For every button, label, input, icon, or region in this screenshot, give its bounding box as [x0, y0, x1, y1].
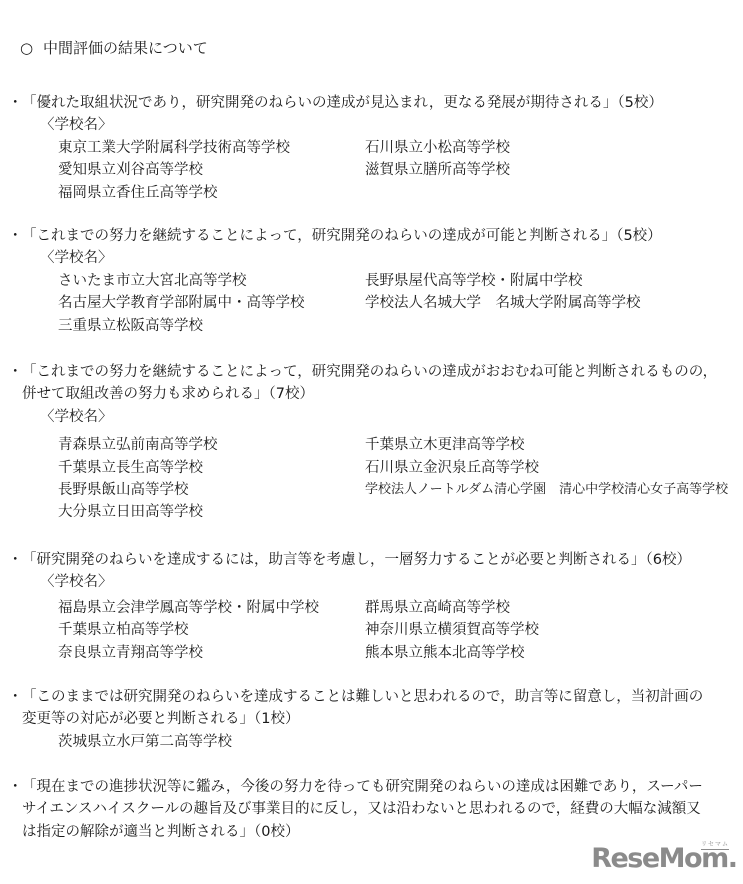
- school-name: 愛知県立刈谷高等学校: [58, 159, 365, 181]
- school-name: 神奈川県立横須賀高等学校: [365, 619, 539, 641]
- section-heading-text: 「このままでは研究開発のねらいを達成することは難しいと思われるので，助言等に留意…: [22, 689, 703, 705]
- school-name: 熊本県立熊本北高等学校: [365, 642, 525, 664]
- school-name: 三重県立松阪高等学校: [58, 315, 365, 337]
- document-page: ○ 中間評価の結果について ・「優れた取組状況であり，研究開発のねらいの達成が見…: [0, 0, 743, 884]
- bullet-dot: ・: [8, 686, 22, 708]
- school-names-label: 〈学校名〉: [40, 247, 743, 269]
- school-name: 福島県立会津学鳳高等学校・附属中学校: [58, 597, 365, 619]
- school-name: 茨城県立水戸第二高等学校: [58, 731, 743, 753]
- school-name: 石川県立金沢泉丘高等学校: [365, 457, 539, 479]
- evaluation-section-5: ・「このままでは研究開発のねらいを達成することは難しいと思われるので，助言等に留…: [0, 686, 743, 753]
- school-row: 福島県立会津学鳳高等学校・附属中学校 群馬県立高崎高等学校: [58, 597, 743, 619]
- section-heading-continued: 変更等の対応が必要と判断される」（1校）: [22, 708, 743, 730]
- school-name: 青森県立弘前南高等学校: [58, 434, 365, 456]
- school-name: 千葉県立木更津高等学校: [365, 434, 525, 456]
- school-rows: 東京工業大学附属科学技術高等学校 石川県立小松高等学校 愛知県立刈谷高等学校 滋…: [0, 137, 743, 204]
- school-name: 群馬県立高崎高等学校: [365, 597, 510, 619]
- school-name: 千葉県立長生高等学校: [58, 457, 365, 479]
- bullet-dot: ・: [8, 776, 22, 798]
- school-rows: 青森県立弘前南高等学校 千葉県立木更津高等学校 千葉県立長生高等学校 石川県立金…: [0, 434, 743, 524]
- section-heading: ・「このままでは研究開発のねらいを達成することは難しいと思われるので，助言等に留…: [8, 686, 743, 708]
- section-heading: ・「優れた取組状況であり，研究開発のねらいの達成が見込まれ，更なる発展が期待され…: [8, 92, 743, 114]
- school-row: 三重県立松阪高等学校: [58, 315, 743, 337]
- school-name: 千葉県立柏高等学校: [58, 619, 365, 641]
- page-title: ○ 中間評価の結果について: [20, 37, 208, 59]
- section-heading: ・「研究開発のねらいを達成するには，助言等を考慮し，一層努力することが必要と判断…: [8, 549, 743, 571]
- school-rows: さいたま市立大宮北高等学校 長野県屋代高等学校・附属中学校 名古屋大学教育学部附…: [0, 270, 743, 337]
- school-name: 滋賀県立膳所高等学校: [365, 159, 510, 181]
- school-row: 長野県飯山高等学校 学校法人ノートルダム清心学園 清心中学校清心女子高等学校: [58, 479, 743, 501]
- resemom-logo-period: .: [728, 843, 738, 874]
- school-rows: 福島県立会津学鳳高等学校・附属中学校 群馬県立高崎高等学校 千葉県立柏高等学校 …: [0, 597, 743, 664]
- evaluation-section-6: ・「現在までの進捗状況等に鑑み，今後の努力を待っても研究開発のねらいの達成は困難…: [0, 776, 743, 843]
- school-row: 奈良県立青翔高等学校 熊本県立熊本北高等学校: [58, 642, 743, 664]
- section-heading-text: 「優れた取組状況であり，研究開発のねらいの達成が見込まれ，更なる発展が期待される…: [22, 95, 663, 111]
- school-row: 名古屋大学教育学部附属中・高等学校 学校法人名城大学 名城大学附属高等学校: [58, 292, 743, 314]
- bullet-dot: ・: [8, 549, 22, 571]
- school-name: 石川県立小松高等学校: [365, 137, 510, 159]
- school-row: 愛知県立刈谷高等学校 滋賀県立膳所高等学校: [58, 159, 743, 181]
- section-heading: ・「これまでの努力を継続することによって，研究開発のねらいの達成が可能と判断され…: [8, 225, 743, 247]
- school-row: 福岡県立香住丘高等学校: [58, 182, 743, 204]
- section-heading-text: 「これまでの努力を継続することによって，研究開発のねらいの達成がおおむね可能と判…: [22, 364, 717, 380]
- section-heading-continued: 併せて取組改善の努力も求められる」（7校）: [22, 383, 743, 405]
- resemom-logo: リセマム ReseMom.: [591, 844, 738, 878]
- evaluation-section-1: ・「優れた取組状況であり，研究開発のねらいの達成が見込まれ，更なる発展が期待され…: [0, 92, 743, 204]
- school-name: 大分県立日田高等学校: [58, 501, 365, 523]
- page-title-text: 中間評価の結果について: [43, 37, 208, 59]
- section-heading: ・「現在までの進捗状況等に鑑み，今後の努力を待っても研究開発のねらいの達成は困難…: [8, 776, 743, 798]
- section-heading-text: 「研究開発のねらいを達成するには，助言等を考慮し，一層努力することが必要と判断さ…: [22, 552, 691, 568]
- section-heading-text: 「これまでの努力を継続することによって，研究開発のねらいの達成が可能と判断される…: [22, 228, 662, 244]
- bullet-dot: ・: [8, 361, 22, 383]
- school-name: 名古屋大学教育学部附属中・高等学校: [58, 292, 365, 314]
- school-name: 長野県屋代高等学校・附属中学校: [365, 270, 583, 292]
- section-heading-continued: サイエンスハイスクールの趣旨及び事業目的に反し，又は沿わないと思われるので，経費…: [22, 798, 743, 820]
- school-name: さいたま市立大宮北高等学校: [58, 270, 365, 292]
- school-name: 福岡県立香住丘高等学校: [58, 182, 365, 204]
- evaluation-section-3: ・「これまでの努力を継続することによって，研究開発のねらいの達成がおおむね可能と…: [0, 361, 743, 524]
- school-name: 長野県飯山高等学校: [58, 479, 365, 501]
- school-names-label: 〈学校名〉: [40, 114, 743, 136]
- school-row: 大分県立日田高等学校: [58, 501, 743, 523]
- school-row: 青森県立弘前南高等学校 千葉県立木更津高等学校: [58, 434, 743, 456]
- section-heading-continued: は指定の解除が適当と判断される」（0校）: [22, 821, 743, 843]
- bullet-dot: ・: [8, 92, 22, 114]
- evaluation-section-2: ・「これまでの努力を継続することによって，研究開発のねらいの達成が可能と判断され…: [0, 225, 743, 337]
- school-row: 千葉県立長生高等学校 石川県立金沢泉丘高等学校: [58, 457, 743, 479]
- circle-bullet: ○: [20, 37, 43, 59]
- school-row: 東京工業大学附属科学技術高等学校 石川県立小松高等学校: [58, 137, 743, 159]
- section-heading: ・「これまでの努力を継続することによって，研究開発のねらいの達成がおおむね可能と…: [8, 361, 743, 383]
- school-names-label: 〈学校名〉: [40, 406, 743, 428]
- school-name: 学校法人名城大学 名城大学附属高等学校: [365, 292, 641, 314]
- bullet-dot: ・: [8, 225, 22, 247]
- school-names-label: 〈学校名〉: [40, 571, 743, 593]
- school-row: さいたま市立大宮北高等学校 長野県屋代高等学校・附属中学校: [58, 270, 743, 292]
- school-name: 学校法人ノートルダム清心学園 清心中学校清心女子高等学校: [365, 479, 728, 501]
- section-heading-text: 「現在までの進捗状況等に鑑み，今後の努力を待っても研究開発のねらいの達成は困難で…: [22, 779, 703, 795]
- school-row: 千葉県立柏高等学校 神奈川県立横須賀高等学校: [58, 619, 743, 641]
- school-name: 奈良県立青翔高等学校: [58, 642, 365, 664]
- resemom-logo-ruby: リセマム: [701, 842, 729, 850]
- evaluation-section-4: ・「研究開発のねらいを達成するには，助言等を考慮し，一層努力することが必要と判断…: [0, 549, 743, 664]
- school-name: 東京工業大学附属科学技術高等学校: [58, 137, 365, 159]
